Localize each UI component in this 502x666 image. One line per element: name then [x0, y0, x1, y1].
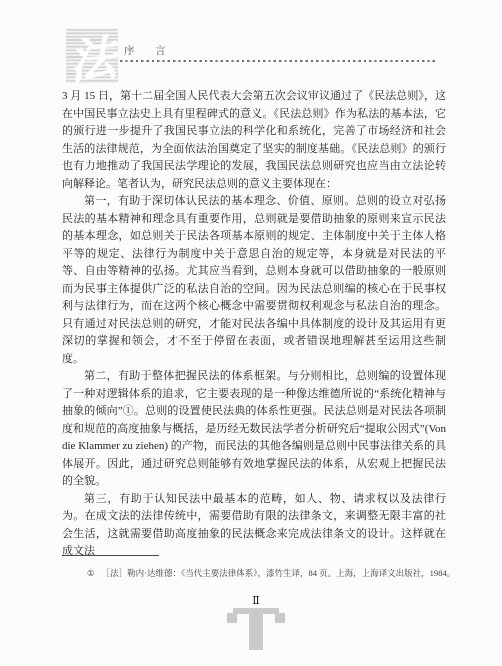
book-page: 法 序 言 3 月 15 日，第十二届全国人民代表大会第五次会议审议通过了《民法… — [0, 0, 502, 666]
chapter-title: 序 言 — [124, 43, 175, 58]
footnote: ①［法］勒内·达维德：《当代主要法律体系》，漆竹生译，84 页。上海，上海译文出… — [87, 567, 432, 579]
law-glyph-icon: 法 — [66, 29, 118, 83]
law-character-logo: 法 — [66, 29, 118, 83]
page-number: Ⅱ — [252, 594, 259, 607]
header-dotted-rule — [120, 60, 437, 62]
body-text-block: 3 月 15 日，第十二届全国人民代表大会第五次会议审议通过了《民法总则》，这在… — [62, 88, 446, 561]
footnote-marker: ① — [87, 568, 95, 578]
ornament-right-square — [275, 613, 285, 623]
footnote-text: ［法］勒内·达维德：《当代主要法律体系》，漆竹生译，84 页。上海，上海译文出版… — [102, 568, 455, 578]
paragraph: 3 月 15 日，第十二届全国人民代表大会第五次会议审议通过了《民法总则》，这在… — [62, 88, 446, 193]
paragraph: 第二，有助于整体把握民法的体系框架。与分则相比，总则编的设置体现了一种对逻辑体系… — [62, 368, 446, 491]
ornament-left-square — [227, 613, 237, 623]
paragraph: 第一，有助于深切体认民法的基本理念、价值、原则。总则的设立对弘扬民法的基本精神和… — [62, 193, 446, 368]
footnote-separator-rule — [62, 555, 159, 556]
paragraph: 第三，有助于认知民法中最基本的范畴，如人、物、请求权以及法律行为。在成文法的法律… — [62, 491, 446, 561]
ornament-stem — [249, 614, 263, 650]
